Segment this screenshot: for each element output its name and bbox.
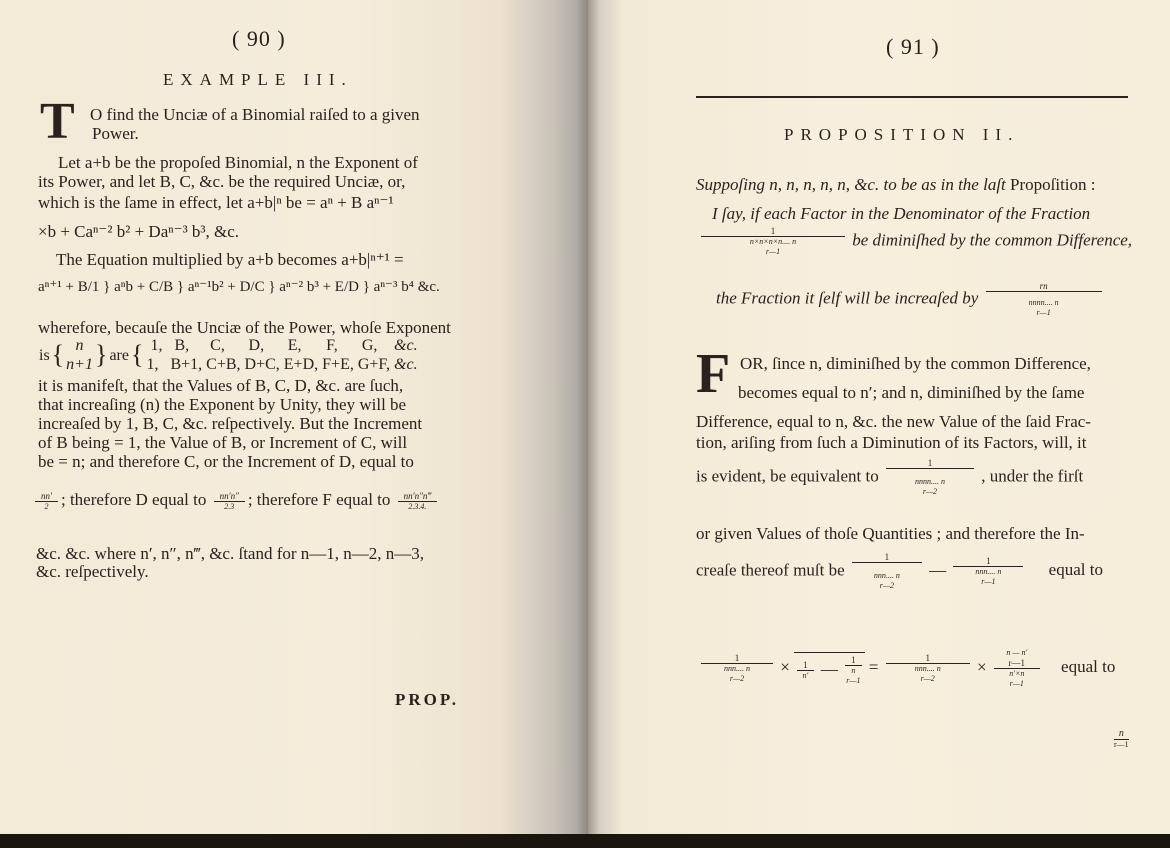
text-line: &c. reſpectively. (36, 562, 149, 581)
overlined-group: 1 n′ — 1 n r—1 (794, 652, 865, 686)
right-brace: } (94, 336, 108, 374)
intro-line: O find the Unciæ of a Binomial raiſed to… (90, 105, 420, 124)
fraction: nn′n″n‴2.3.4. (398, 491, 438, 512)
fraction: 1 n′ (797, 660, 814, 681)
text-line: be = n; and therefore C, or the Incremen… (38, 452, 414, 471)
page-number: ( 90 ) (232, 26, 286, 52)
fraction: 1 nnn.... n r—2 (701, 653, 773, 684)
left-brace: { (51, 336, 65, 374)
fraction: 1 nnn.... n r—1 (953, 556, 1023, 587)
fractions-line: nn′2; therefore D equal to nn′n″2.3; the… (32, 490, 440, 512)
drop-cap: T (40, 100, 75, 144)
text-line: &c. &c. where n′, n″, n‴, &c. ſtand for … (36, 544, 424, 563)
catchword: n r—1 (1114, 728, 1129, 749)
header-rule (696, 96, 1128, 98)
text-line: tion, ariſing from ſuch a Diminution of … (696, 433, 1087, 452)
claim-line: the Fraction it ſelf will be increaſed b… (716, 281, 1105, 318)
intro-line: Power. (92, 124, 139, 143)
fraction: 1 n r—1 (845, 655, 862, 686)
text-line: OR, ſince n, diminiſhed by the common Di… (740, 354, 1091, 373)
fraction: 1 nnnn.... n r—2 (886, 458, 974, 497)
text-line: it is manifeſt, that the Values of B, C,… (38, 376, 403, 395)
claim-fraction-line: 1 n×n×n×n.... n r—1 be diminiſhed by the… (698, 226, 1132, 257)
supposition-line: Suppoſing n, n, n, n, n, &c. to be as in… (696, 175, 1096, 194)
exponent-n: n (65, 336, 94, 355)
fraction: nn′n″2.3 (214, 491, 245, 512)
drop-cap: F (696, 352, 730, 396)
increase-line: creaſe thereof muſt be 1 nnn.... n r—2 —… (696, 552, 1103, 591)
page-number: ( 91 ) (886, 34, 940, 60)
text-line: wherefore, becauſe the Unciæ of the Powe… (38, 318, 451, 337)
text-line: Let a+b be the propoſed Binomial, n the … (58, 153, 418, 172)
is-label: is (38, 336, 51, 374)
equation-line: aⁿ⁺¹ + B/1 } aⁿb + C/B } aⁿ⁻¹b² + D/C } … (38, 278, 440, 297)
exponent-n-plus-1: n+1 (65, 355, 94, 374)
are-label: are (108, 336, 130, 374)
fraction: rn nnnn.... n r—1 (986, 281, 1102, 318)
claim-line: I ſay, if each Factor in the Denominator… (712, 204, 1090, 223)
text-line: that increaſing (n) the Exponent by Unit… (38, 395, 406, 414)
fraction: 1 n×n×n×n.... n r—1 (701, 226, 845, 257)
book-edge (0, 834, 1170, 848)
text-line: Difference, equal to n, &c. the new Valu… (696, 412, 1091, 431)
text-line: its Power, and let B, C, &c. be the requ… (38, 172, 405, 191)
text-line: ×b + Caⁿ⁻² b² + Daⁿ⁻³ b³, &c. (38, 222, 239, 241)
section-heading: EXAMPLE III. (163, 70, 353, 90)
text-line: The Equation multiplied by a+b becomes a… (56, 250, 404, 269)
section-heading: PROPOSITION II. (784, 125, 1019, 145)
equation-line: 1 nnn.... n r—2 × 1 n′ — 1 n r—1 = 1 nnn… (698, 648, 1115, 689)
text-line: of B being = 1, the Value of B, or Incre… (38, 433, 407, 452)
fraction: 1 nnn.... n r—2 (852, 552, 922, 591)
text-line: or given Values of thoſe Quantities ; an… (696, 524, 1085, 543)
exponent-table: is { n } are { 1, B, C, D, E, F, G, &c. … (38, 336, 420, 374)
text-line: which is the ſame in effect, let a+b|ⁿ b… (38, 193, 394, 212)
fraction: 1 nnn.... n r—2 (886, 653, 970, 684)
text-line: becomes equal to n′; and n, diminiſhed b… (738, 383, 1084, 402)
fraction: nn′2 (35, 491, 58, 512)
left-page: ( 90 ) EXAMPLE III. T O find the Unciæ o… (0, 0, 588, 835)
text-line: increaſed by 1, B, C, &c. reſpectively. … (38, 414, 422, 433)
right-page: ( 91 ) PROPOSITION II. Suppoſing n, n, n… (588, 0, 1170, 835)
left-brace: { (130, 336, 144, 374)
equivalent-line: is evident, be equivalent to 1 nnnn.... … (696, 458, 1083, 497)
catchword: PROP. (395, 690, 459, 710)
fraction: n — n′ r—1 n′×n r—1 (994, 648, 1040, 689)
